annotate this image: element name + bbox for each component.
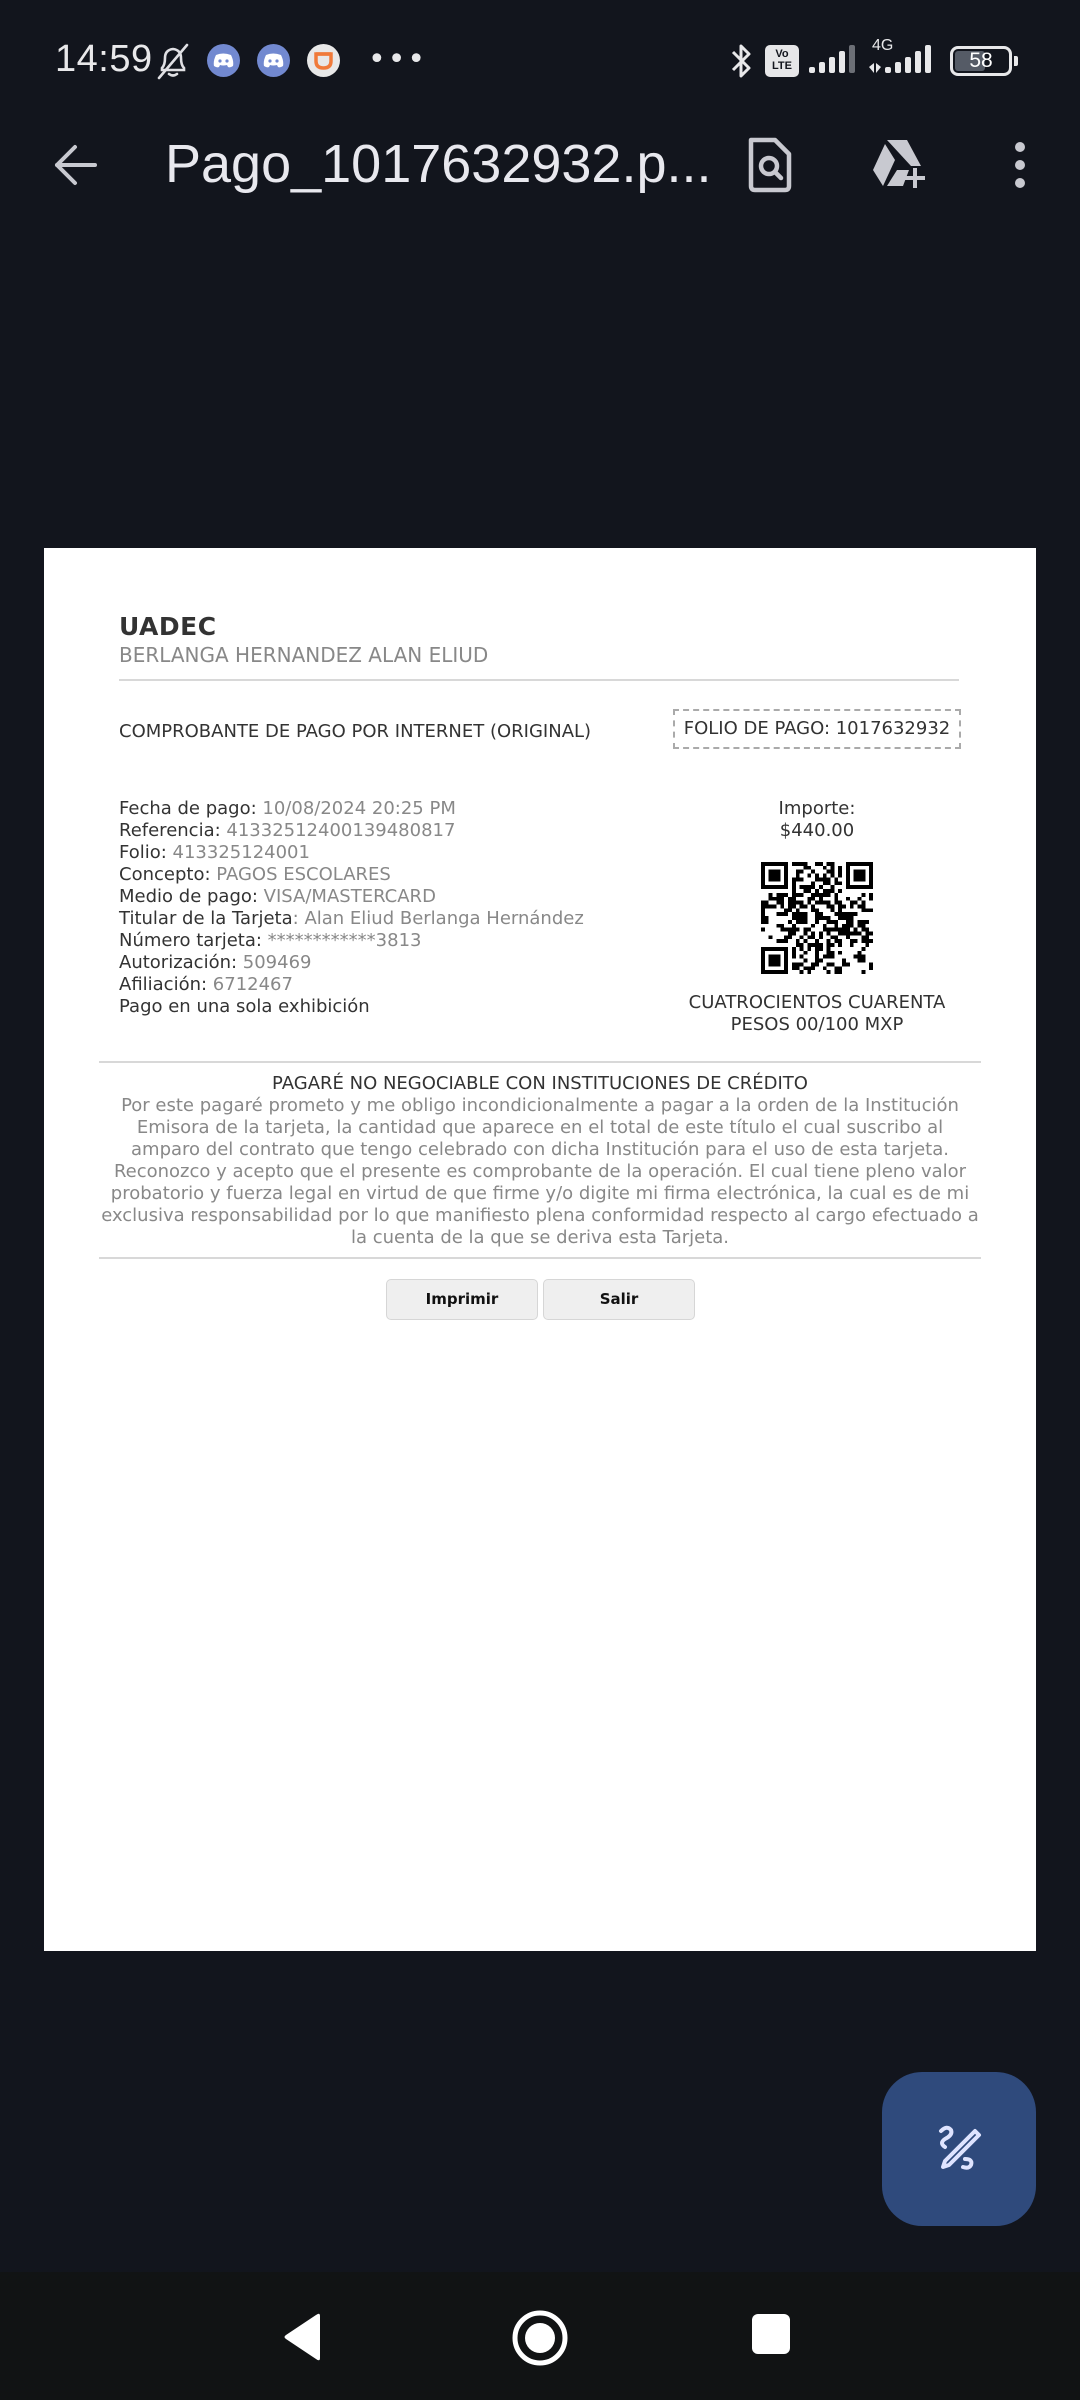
search-in-document-button[interactable] <box>735 130 805 200</box>
annotate-pen-icon <box>931 2121 987 2177</box>
amount-value: $440.00 <box>673 820 961 842</box>
payment-folio-box: FOLIO DE PAGO: 1017632932 <box>673 709 961 749</box>
back-button[interactable] <box>45 135 105 195</box>
battery-tip <box>1014 56 1018 66</box>
nav-recents-button[interactable] <box>752 2314 790 2354</box>
detail-label: Afiliación: <box>119 974 213 995</box>
signal-strength-4g-icon <box>869 45 921 75</box>
didi-icon <box>307 44 340 77</box>
nav-home-button[interactable] <box>510 2308 570 2372</box>
amount-label: Importe: <box>673 798 961 820</box>
receipt-actions: Imprimir Salir <box>386 1279 706 1321</box>
print-button[interactable]: Imprimir <box>386 1279 538 1320</box>
detail-value: 41332512400139480817 <box>226 820 455 841</box>
detail-label: Número tarjeta: <box>119 930 268 951</box>
detail-row: Pago en una sola exhibición <box>119 996 679 1018</box>
organization-name: UADEC <box>119 612 961 641</box>
detail-label: Titular de la Tarjeta <box>119 908 293 929</box>
legal-line: Emisora de la tarjeta, la cantidad que a… <box>99 1117 981 1139</box>
legal-line: amparo del contrato que tengo celebrado … <box>99 1139 981 1161</box>
payment-details: Fecha de pago: 10/08/2024 20:25 PMRefere… <box>119 798 679 1018</box>
detail-value: ************3813 <box>268 930 422 951</box>
detail-label: Autorización: <box>119 952 243 973</box>
detail-row: Concepto: PAGOS ESCOLARES <box>119 864 679 886</box>
save-to-drive-button[interactable] <box>865 130 935 200</box>
detail-row: Número tarjeta: ************3813 <box>119 930 679 952</box>
promissory-note-title: PAGARÉ NO NEGOCIABLE CON INSTITUCIONES D… <box>99 1073 981 1095</box>
detail-value: 413325124001 <box>173 842 310 863</box>
more-notifications-icon: ••• <box>368 42 427 77</box>
receipt-title: COMPROBANTE DE PAGO POR INTERNET (ORIGIN… <box>119 721 591 742</box>
detail-row: Titular de la Tarjeta: Alan Eliud Berlan… <box>119 908 679 930</box>
detail-value: PAGOS ESCOLARES <box>216 864 391 885</box>
clock: 14:59 <box>55 38 153 81</box>
detail-value: 509469 <box>243 952 312 973</box>
detail-value: 10/08/2024 20:25 PM <box>262 798 455 819</box>
volte-icon: Vo LTE <box>765 45 799 77</box>
navigation-bar <box>0 2272 1080 2400</box>
discord-icon <box>207 44 240 77</box>
detail-row: Folio: 413325124001 <box>119 842 679 864</box>
divider <box>99 1061 981 1063</box>
detail-label: Medio de pago: <box>119 886 264 907</box>
divider <box>99 1257 981 1259</box>
signal-strength-icon <box>807 45 859 75</box>
amount-in-words-line1: CUATROCIENTOS CUARENTA <box>673 992 961 1014</box>
detail-value: VISA/MASTERCARD <box>264 886 436 907</box>
detail-row: Referencia: 41332512400139480817 <box>119 820 679 842</box>
bell-off-icon <box>152 40 194 82</box>
legal-line: probatorio y fuerza legal en virtud de q… <box>99 1183 981 1205</box>
battery-percent: 58 <box>953 49 1009 73</box>
detail-row: Fecha de pago: 10/08/2024 20:25 PM <box>119 798 679 820</box>
promissory-note-text: Por este pagaré prometo y me obligo inco… <box>99 1095 981 1249</box>
legal-line: Reconozco y acepto que el presente es co… <box>99 1161 981 1183</box>
nav-back-button[interactable] <box>280 2312 324 2366</box>
qr-code <box>761 862 873 974</box>
detail-label: Concepto: <box>119 864 216 885</box>
file-title: Pago_1017632932.p... <box>165 133 712 195</box>
payer-name: BERLANGA HERNANDEZ ALAN ELIUD <box>119 643 961 667</box>
detail-label: Folio: <box>119 842 173 863</box>
pdf-page[interactable]: UADEC BERLANGA HERNANDEZ ALAN ELIUD COMP… <box>44 548 1036 1951</box>
promissory-note: PAGARÉ NO NEGOCIABLE CON INSTITUCIONES D… <box>99 1061 981 1259</box>
amount-section: Importe: $440.00 CUATROCIENTOS CUARENTA … <box>673 798 961 1036</box>
legal-line: Por este pagaré prometo y me obligo inco… <box>99 1095 981 1117</box>
amount-in-words-line2: PESOS 00/100 MXP <box>673 1014 961 1036</box>
detail-label: Fecha de pago: <box>119 798 262 819</box>
receipt-header: UADEC BERLANGA HERNANDEZ ALAN ELIUD COMP… <box>119 612 961 757</box>
annotate-fab[interactable] <box>882 2072 1036 2226</box>
detail-label: Referencia: <box>119 820 226 841</box>
detail-row: Autorización: 509469 <box>119 952 679 974</box>
legal-line: la cuenta de la que se deriva esta Tarje… <box>99 1227 981 1249</box>
legal-line: exclusiva responsabilidad por lo que man… <box>99 1205 981 1227</box>
detail-value: : Alan Eliud Berlanga Hernández <box>293 908 584 929</box>
app-bar: Pago_1017632932.p... <box>0 110 1080 220</box>
battery-icon: 58 <box>950 46 1012 76</box>
detail-row: Medio de pago: VISA/MASTERCARD <box>119 886 679 908</box>
bluetooth-icon <box>727 40 757 82</box>
divider <box>119 679 959 681</box>
more-options-button[interactable] <box>1000 130 1070 200</box>
detail-value: 6712467 <box>213 974 293 995</box>
detail-row: Afiliación: 6712467 <box>119 974 679 996</box>
exit-button[interactable]: Salir <box>543 1279 695 1320</box>
discord-icon <box>257 44 290 77</box>
status-bar: 14:59 ••• Vo LTE 4G <box>0 0 1080 120</box>
detail-label: Pago en una sola exhibición <box>119 996 370 1017</box>
